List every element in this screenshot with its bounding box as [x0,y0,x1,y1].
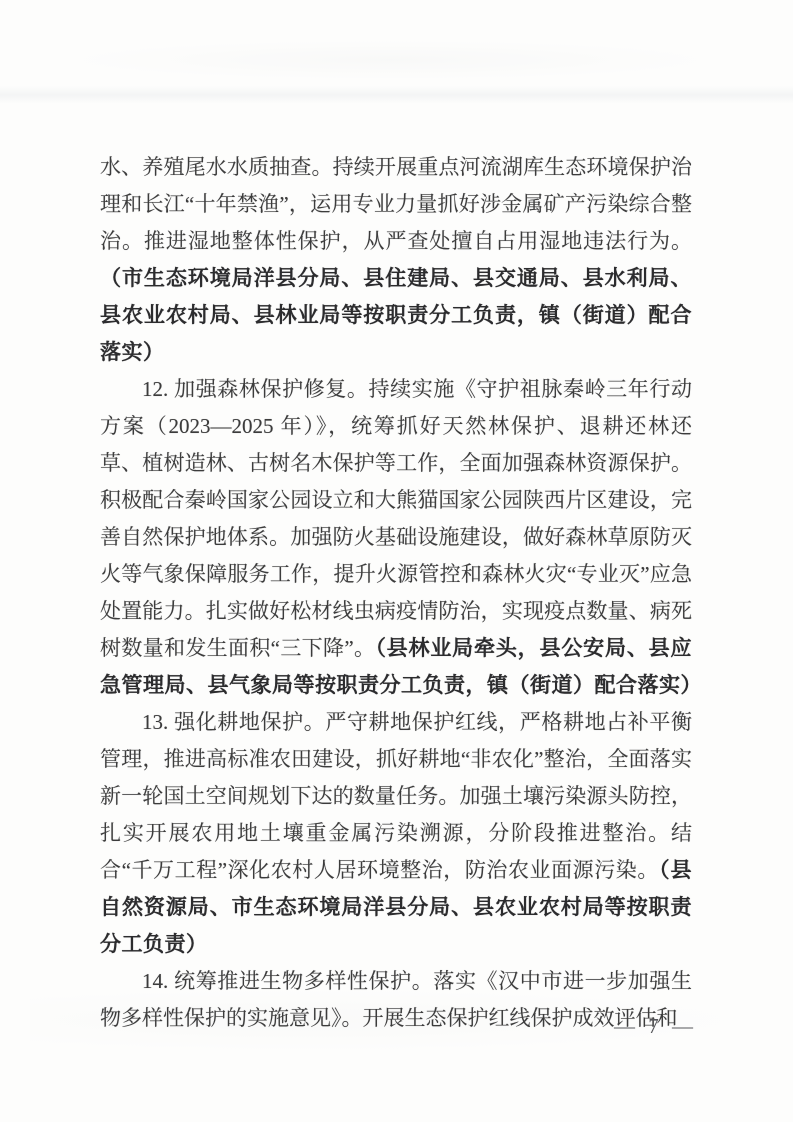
scan-ghosting-artifact-upper [60,40,720,80]
para-item-13: 13. 强化耕地保护。严守耕地保护红线，严格耕地占补平衡管理，推进高标准农田建设… [100,704,692,963]
page-number: — 7 — [614,1014,697,1039]
scan-ghosting-artifact-top [0,86,793,104]
document-body: 水、养殖尾水水质抽查。持续开展重点河流湖库生态环境保护治理和长江“十年禁渔”，运… [100,149,692,1037]
responsibility-assignment-bold: （市生态环境局洋县分局、县住建局、县交通局、县水利局、县农业农村局、县林业局等按… [100,267,692,364]
body-text-segment: 13. 强化耕地保护。严守耕地保护红线，严格耕地占补平衡管理，推进高标准农田建设… [100,710,692,882]
body-text-segment: 12. 加强森林保护修复。持续实施《守护祖脉秦岭三年行动方案（2023—2025… [100,377,692,660]
para-continuation-item-11: 水、养殖尾水水质抽查。持续开展重点河流湖库生态环境保护治理和长江“十年禁渔”，运… [100,149,692,371]
para-item-12: 12. 加强森林保护修复。持续实施《守护祖脉秦岭三年行动方案（2023—2025… [100,371,692,704]
body-text-segment: 水、养殖尾水水质抽查。持续开展重点河流湖库生态环境保护治理和长江“十年禁渔”，运… [100,155,692,253]
page-footer: — 7 — [0,1014,793,1054]
scanned-document-page: 水、养殖尾水水质抽查。持续开展重点河流湖库生态环境保护治理和长江“十年禁渔”，运… [0,0,793,1122]
